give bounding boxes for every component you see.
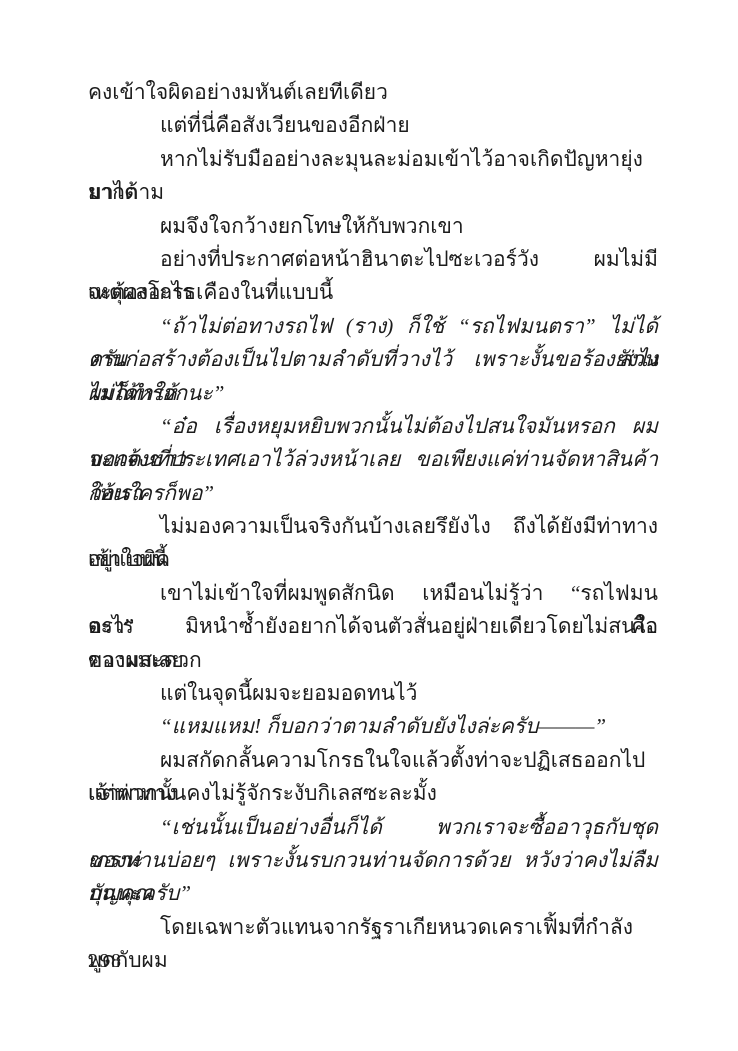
text-line: งานก่อสร้างต้องเป็นไปตามลำดับที่วางไว้ เ… xyxy=(88,343,658,376)
book-page: คงเข้าใจผิดอย่างมหันต์เลยทีเดียวแต่ที่นี… xyxy=(0,0,738,1051)
text-line: “ถ้าไม่ต่อทางรถไฟ (ราง) ก็ใช้ “รถไฟมนตรา… xyxy=(88,310,658,343)
text-line: เขาไม่เข้าใจที่ผมพูดสักนิด เหมือนไม่รู้ว… xyxy=(88,577,658,610)
text-line: “แหมแหม! ก็บอกว่าตามลำดับยังไงล่ะครับ———… xyxy=(88,710,658,743)
text-line: กันนะครับ” xyxy=(88,877,658,910)
text-line: ก่อนใครก็พอ” xyxy=(88,477,658,510)
page-text: คงเข้าใจผิดอย่างมหันต์เลยทีเดียวแต่ที่นี… xyxy=(88,76,658,944)
text-line: ไม่ได้หรอกนะ” xyxy=(88,377,658,410)
text-line: แต่ในจุดนี้ผมจะยอมอดทนไว้ xyxy=(88,677,658,710)
text-line: ของผมเลย xyxy=(88,644,658,677)
text-line: อยู่แบบนี้ xyxy=(88,543,658,576)
text-line: จะต้องโกรธเคืองในที่แบบนี้ xyxy=(88,276,658,309)
text-line: คงเข้าใจผิดอย่างมหันต์เลยทีเดียว xyxy=(88,76,658,109)
text-line: ไม่มองความเป็นจริงกันบ้างเลยรึยังไง ถึงไ… xyxy=(88,510,658,543)
text-line: มาได้ xyxy=(88,176,658,209)
text-line: ผมจึงใจกว้างยกโทษให้กับพวกเขา xyxy=(88,210,658,243)
text-line: หากไม่รับมืออย่างละมุนละม่อมเข้าไว้อาจเก… xyxy=(88,143,658,176)
text-line: อะไร มิหนำซ้ำยังอยากได้จนตัวสั่นอยู่ฝ่าย… xyxy=(88,610,658,643)
text-line: แต่ที่นี่คือสังเวียนของอีกฝ่าย xyxy=(88,109,658,142)
text-line: “อ๋อ เรื่องหยุมหยิบพวกนั้นไม่ต้องไปสนใจม… xyxy=(88,410,658,443)
text-line: ของท่านบ่อยๆ เพราะงั้นรบกวนท่านจัดการด้ว… xyxy=(88,844,658,877)
text-line: “เช่นนั้นเป็นอย่างอื่นก็ได้ พวกเราจะซื้อ… xyxy=(88,811,658,844)
text-line: บอกคนที่ประเทศเอาไว้ล่วงหน้าเลย ขอเพียงแ… xyxy=(88,443,658,476)
text-line: อย่างที่ประกาศต่อหน้าฮินาตะไปซะเวอร์วัง … xyxy=(88,243,658,276)
text-line: ผมสกัดกลั้นความโกรธในใจแล้วตั้งท่าจะปฏิเ… xyxy=(88,744,658,777)
text-line: เจ้าพวกนั้นคงไม่รู้จักระงับกิเลสซะละมั้ง xyxy=(88,777,658,810)
text-line: โดยเฉพาะตัวแทนจากรัฐราเกียหนวดเคราเฟิ้มท… xyxy=(88,911,658,944)
page-number: 298 xyxy=(88,950,123,973)
